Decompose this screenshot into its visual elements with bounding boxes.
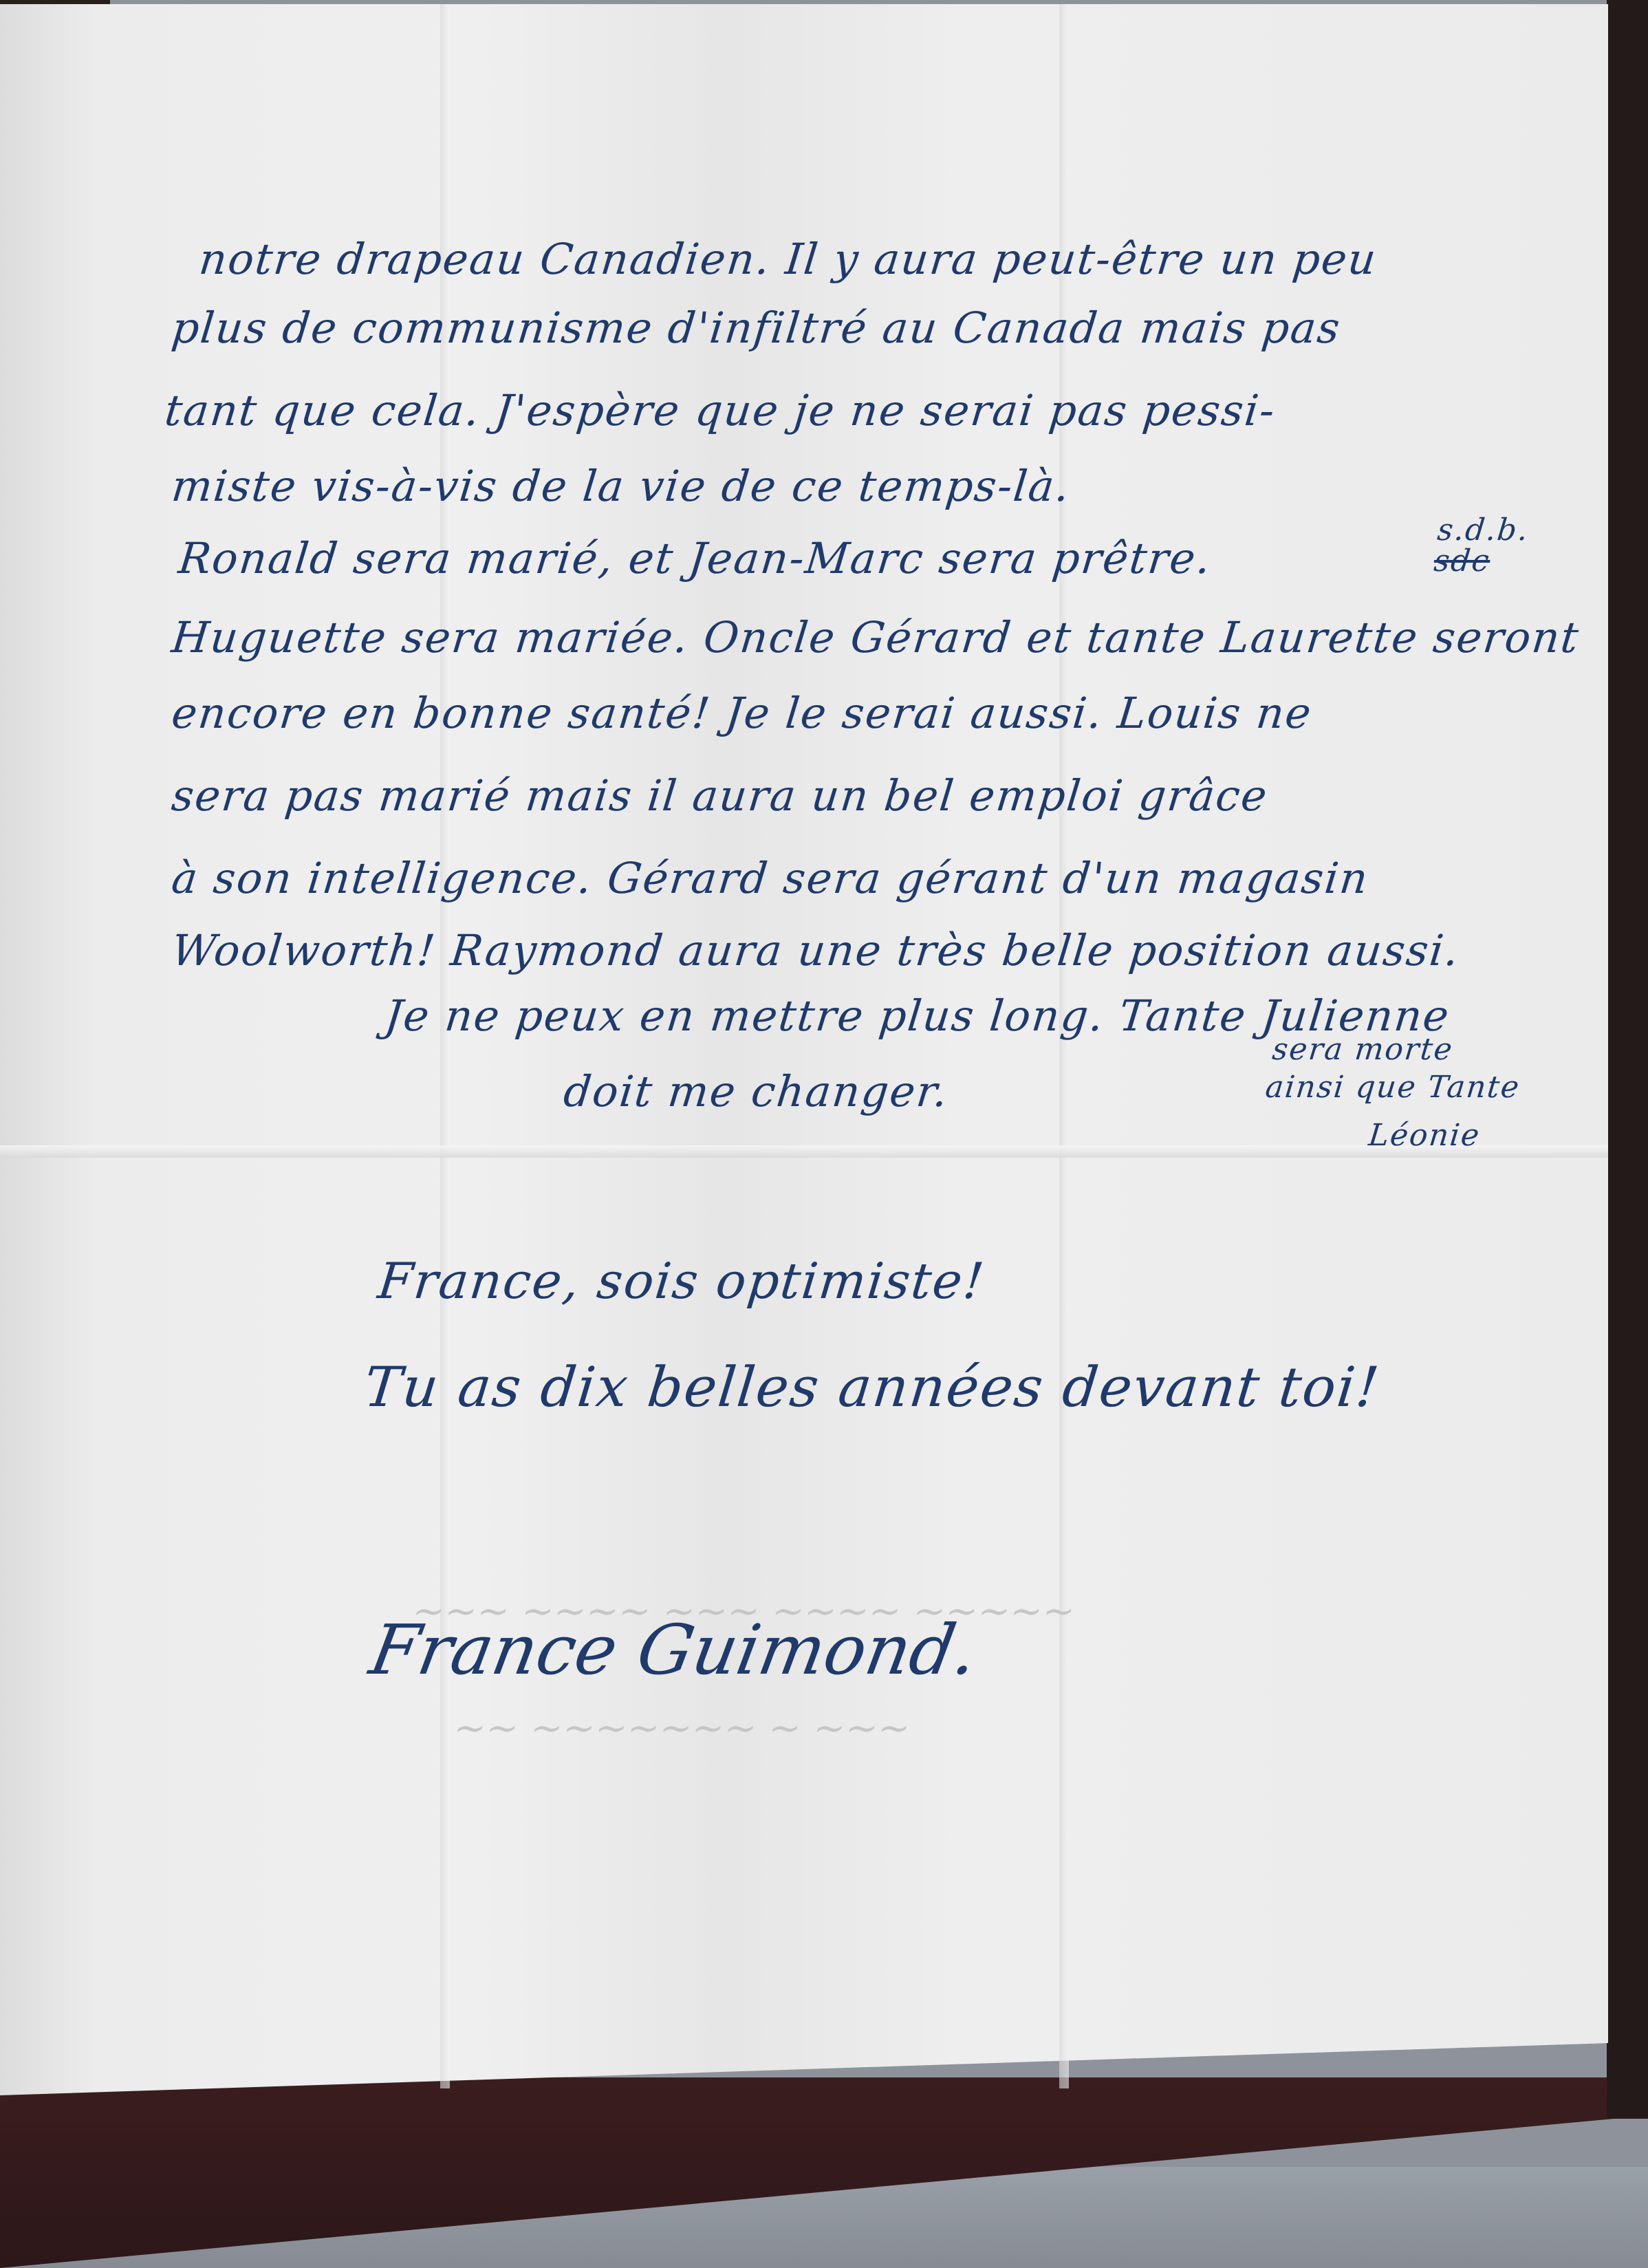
- bleed-through-text: ~~ ~~~~~~~ ~ ~~~: [451, 1706, 913, 1751]
- letter-line: miste vis-à-vis de la vie de ce temps-là…: [169, 461, 1073, 511]
- letter-line: encore en bonne santé! Je le serai aussi…: [169, 688, 1314, 738]
- letter-line: notre drapeau Canadien. Il y aura peut-ê…: [197, 234, 1380, 284]
- margin-note-side: sera morte: [1270, 1032, 1455, 1067]
- letter-line: Huguette sera mariée. Oncle Gérard et ta…: [169, 612, 1582, 662]
- letter-line: Woolworth! Raymond aura une très belle p…: [169, 925, 1462, 975]
- margin-note-side: ainsi que Tante: [1264, 1070, 1521, 1105]
- margin-note: s.d.b.: [1435, 512, 1530, 548]
- closing-line: Tu as dix belles années devant toi!: [361, 1355, 1383, 1419]
- signature: France Guimond.: [365, 1610, 984, 1690]
- closing-line: France, sois optimiste!: [376, 1252, 988, 1310]
- letter-line: Ronald sera marié, et Jean-Marc sera prê…: [176, 533, 1214, 583]
- letter-line: plus de communisme d'infiltré au Canada …: [169, 303, 1343, 353]
- margin-note-side: Léonie: [1367, 1118, 1482, 1153]
- struck-margin-note: sdc: [1432, 543, 1492, 579]
- letter-line: tant que cela. J'espère que je ne serai …: [162, 385, 1278, 435]
- letter-line: doit me changer.: [561, 1066, 951, 1116]
- letter-line: sera pas marié mais il aura un bel emplo…: [169, 770, 1270, 821]
- letter-line: à son intelligence. Gérard sera gérant d…: [169, 853, 1371, 903]
- leather-binder-right: [1607, 0, 1648, 2119]
